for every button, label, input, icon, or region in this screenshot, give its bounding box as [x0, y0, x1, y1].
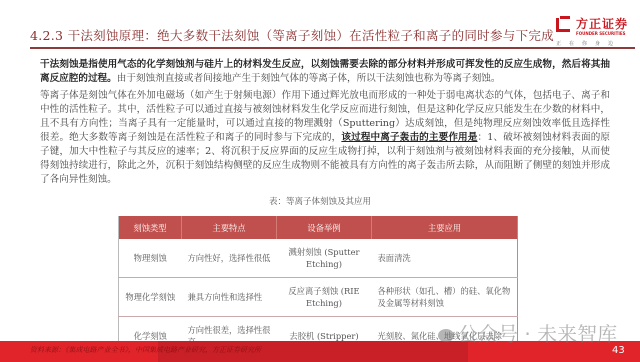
paragraph-plasma: 等离子体是刻蚀气体在外加电磁场（如产生于射频电源）作用下通过辉光放电而形成的一种… [40, 89, 610, 187]
table-row: 物理刻蚀 方向性好，选择性很低 溅射刻蚀 (Sputter Etching) 表… [119, 239, 518, 278]
logo-mark-icon [556, 18, 570, 32]
cell-equipment: 反应离子刻蚀 (RIE Etching) [277, 278, 372, 317]
title-underline [30, 47, 635, 49]
watermark: 公众号 · 未来智库 [438, 318, 617, 347]
logo-mark-bar-icon [560, 16, 570, 19]
logo-name-en: FOUNDER SECURITIES [576, 31, 625, 36]
cell-feature: 兼具方向性和选择性 [182, 278, 277, 317]
table-row: 物理化学刻蚀 兼具方向性和选择性 反应离子刻蚀 (RIE Etching) 各种… [119, 278, 518, 317]
ion-bombardment-emphasis: 该过程中离子轰击的主要作用是 [341, 132, 477, 143]
cell-type: 物理化学刻蚀 [119, 278, 182, 317]
wechat-icon [438, 329, 454, 342]
cell-feature: 方向性好，选择性很低 [182, 239, 277, 278]
company-logo: 方正证券 FOUNDER SECURITIES 正在你身边 [556, 14, 636, 46]
col-header-application: 主要应用 [372, 216, 518, 239]
table-header-row: 刻蚀类型 主要特点 设备举例 主要应用 [119, 216, 518, 239]
cell-equipment: 溅射刻蚀 (Sputter Etching) [277, 239, 372, 278]
source-note: 资料来源：《集成电路产业全书》，中国集成电路产业研究，方正证券研究所 [30, 345, 261, 355]
cell-application: 表面清洗 [372, 239, 518, 278]
logo-slogan: 正在你身边 [556, 40, 621, 47]
cell-type: 物理刻蚀 [119, 239, 182, 278]
watermark-text: 公众号 · 未来智库 [458, 322, 617, 346]
table-caption: 表：等离子体刻蚀及其应用 [0, 195, 640, 207]
col-header-feature: 主要特点 [182, 216, 277, 239]
paragraph-dry-etch-definition: 干法刻蚀是指使用气态的化学刻蚀剂与硅片上的材料发生反应，以刻蚀需要去除的部分材料… [40, 58, 610, 86]
col-header-equipment: 设备举例 [277, 216, 372, 239]
definition-rest: 由于刻蚀剂直接或者间接地产生于刻蚀气体的等离子体，所以干法刻蚀也称为等离子刻蚀。 [117, 73, 501, 84]
cell-application: 各种形状（如孔、槽）的硅、氧化物及金属等材料刻蚀 [372, 278, 518, 317]
logo-name-cn: 方正证券 [576, 15, 628, 32]
page-title: 4.2.3 干法刻蚀原理：绝大多数干法刻蚀（等离子刻蚀）在活性粒子和离子的同时参… [30, 26, 554, 44]
body-text: 干法刻蚀是指使用气态的化学刻蚀剂与硅片上的材料发生反应，以刻蚀需要去除的部分材料… [40, 58, 610, 190]
col-header-type: 刻蚀类型 [119, 216, 182, 239]
